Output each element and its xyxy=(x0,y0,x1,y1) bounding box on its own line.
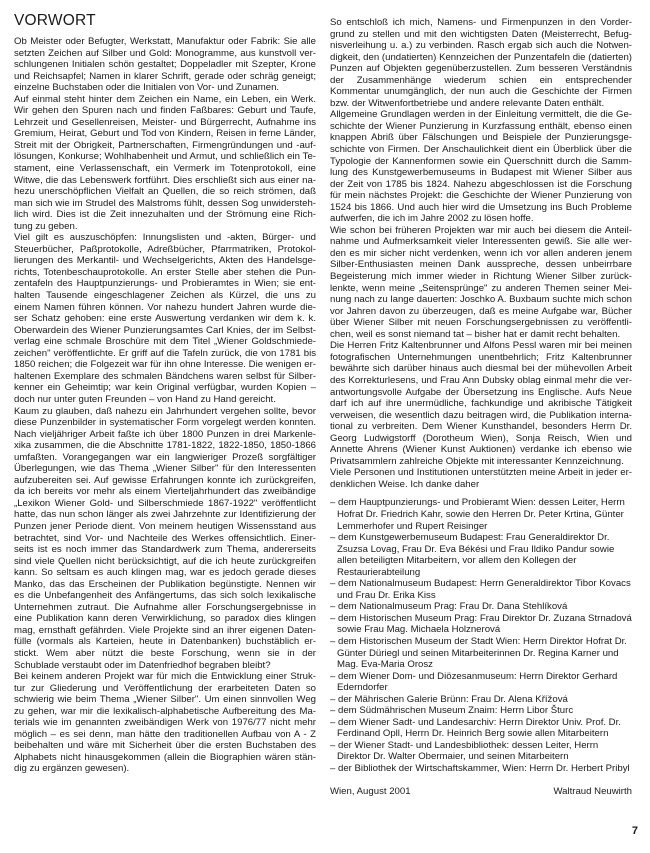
right-column: So entschloß ich mich, Namens- und Firme… xyxy=(330,17,632,797)
page-title: VORWORT xyxy=(14,12,316,30)
list-item: – dem Wiener Dom- und Diözesanmuseum: He… xyxy=(330,671,632,694)
acknowledgements-list: – dem Hauptpunzierungs- und Probieramt W… xyxy=(330,497,632,774)
signature-line: Wien, August 2001 Waltraud Neuwirth xyxy=(330,786,632,798)
paragraph: Viel gilt es auszuschöpfen: Innungsliste… xyxy=(14,232,316,405)
place-date: Wien, August 2001 xyxy=(330,786,411,798)
list-item: – dem Nationalmuseum Prag: Frau Dr. Dana… xyxy=(330,601,632,613)
paragraph: Ob Meister oder Befugter, Werkstatt, Man… xyxy=(14,36,316,94)
page-number: 7 xyxy=(632,825,638,837)
paragraph: Auf einmal steht hinter dem Zeichen ein … xyxy=(14,94,316,233)
paragraph: Wie schon bei früheren Projekten war mir… xyxy=(330,225,632,340)
left-column: VORWORT Ob Meister oder Befugter, Werkst… xyxy=(14,10,316,775)
list-item: – der Wiener Stadt- und Landesbibliothek… xyxy=(330,740,632,763)
paragraph: Kaum zu glauben, daß nahezu ein Jahrhund… xyxy=(14,406,316,672)
list-item: – der Bibliothek der Wirtschaftskammer, … xyxy=(330,763,632,775)
list-item: – dem Historischen Museum Prag: Frau Dir… xyxy=(330,613,632,636)
paragraph: Allgemeine Grundlagen werden in der Einl… xyxy=(330,109,632,224)
paragraph: So entschloß ich mich, Namens- und Firme… xyxy=(330,17,632,109)
list-item: – dem Südmährischen Museum Znaim: Herrn … xyxy=(330,705,632,717)
list-item: – der Mährischen Galerie Brünn: Frau Dr.… xyxy=(330,694,632,706)
paragraph: Die Herren Fritz Kaltenbrunner und Alfon… xyxy=(330,340,632,467)
paragraph: Viele Personen und Institutionen unterst… xyxy=(330,467,632,490)
paragraph: Bei keinem anderen Projekt war für mich … xyxy=(14,671,316,775)
list-item: – dem Historischen Museum der Stadt Wien… xyxy=(330,636,632,671)
list-item: – dem Kunstgewerbemuseum Budapest: Frau … xyxy=(330,532,632,578)
document-page: VORWORT Ob Meister oder Befugter, Werkst… xyxy=(14,10,636,850)
list-item: – dem Nationalmuseum Budapest: Herrn Gen… xyxy=(330,578,632,601)
list-item: – dem Hauptpunzierungs- und Probieramt W… xyxy=(330,497,632,532)
list-item: – dem Wiener Sadt- und Landesarchiv: Her… xyxy=(330,717,632,740)
author-name: Waltraud Neuwirth xyxy=(553,786,632,798)
